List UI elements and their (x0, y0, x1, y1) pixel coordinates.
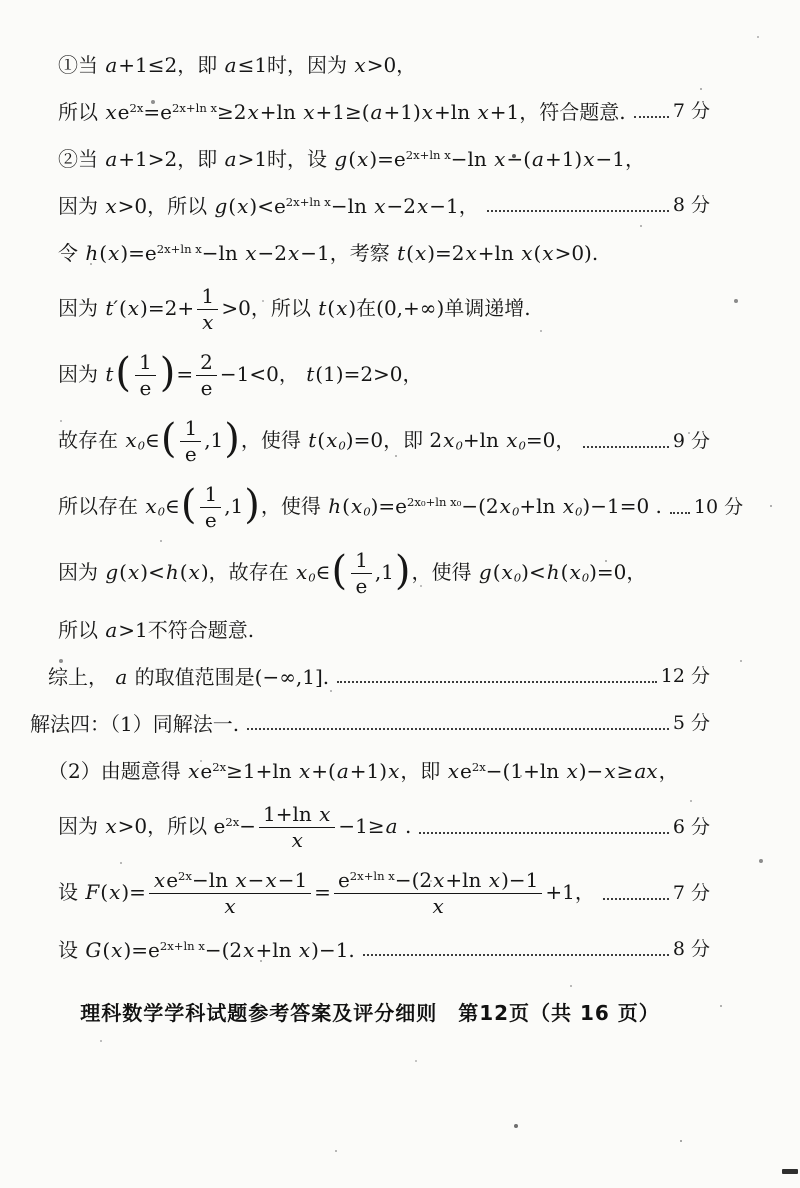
text-run: >1不符合题意. (118, 618, 254, 642)
math-variable: x (234, 868, 247, 892)
math-variable: x (335, 296, 348, 320)
math-variable: x (416, 194, 429, 218)
math-variable: x (442, 428, 455, 452)
math-variable: a (104, 618, 118, 642)
text-run: −ln (192, 868, 234, 892)
math-variable: x (127, 560, 140, 584)
dotted-leader (670, 512, 690, 514)
math-variable: x (414, 241, 427, 265)
text-run: e (200, 759, 212, 783)
text-run: e (201, 376, 213, 400)
superscript: 2x+ln x (157, 241, 202, 255)
text-run: ,1 (204, 428, 223, 452)
score-marker: 12 分 (661, 665, 710, 689)
text-run: 因为 (58, 560, 104, 584)
math-variable: x (356, 147, 369, 171)
math-variable: x (287, 241, 300, 265)
dotted-leader (583, 446, 668, 448)
math-variable: a (114, 665, 128, 689)
text-run: ，使得 (412, 560, 478, 584)
fraction: 1x (197, 285, 218, 334)
fraction-denominator: x (428, 894, 449, 918)
formula-content: 令 h(x)=e2x+ln x−ln x−2x−1，考察 t(x)=2x+ln … (58, 241, 598, 266)
score-marker: 10 分 (694, 496, 743, 520)
formula-line-define-h-t: 令 h(x)=e2x+ln x−ln x−2x−1，考察 t(x)=2x+ln … (30, 238, 710, 268)
superscript: 2x₀+ln x₀ (407, 495, 461, 509)
formula-content: 解法四：（1）同解法一. (30, 712, 239, 737)
math-variable: x (298, 759, 311, 783)
text-run: = (314, 880, 331, 904)
dotted-leader (337, 681, 657, 683)
formula-line-final-range: 综上， a 的取值范围是(−∞,1].12 分 (30, 662, 710, 692)
text-run: 综上， (48, 665, 114, 689)
math-variable: x (188, 560, 201, 584)
text-run: ( (327, 296, 335, 320)
text-run: ( (406, 241, 414, 265)
math-variable: x (603, 759, 616, 783)
text-run: )=e (371, 494, 407, 518)
text-run: −(1+ln (486, 759, 566, 783)
text-run: >0，所以 (118, 194, 214, 218)
math-variable: x (488, 868, 501, 892)
subscript: 0 (338, 439, 345, 453)
math-variable: x (565, 759, 578, 783)
text-run: ( (180, 560, 188, 584)
formula-content: ①当 a+1≤2，即 a≤1时，因为 x>0， (58, 53, 416, 78)
text-run: ≥1+ln (226, 759, 298, 783)
text-run: )=e (123, 938, 159, 962)
text-run: 解法四：（1）同解法一. (30, 712, 239, 736)
text-run: −1，考察 (300, 241, 396, 265)
text-run: 令 (58, 241, 84, 265)
math-variable: x (264, 868, 277, 892)
text-run: ≥ (617, 759, 634, 783)
text-run: +1) (383, 100, 420, 124)
text-run: )< (140, 560, 165, 584)
text-run: ( (119, 560, 127, 584)
formula-content: 因为 x>0，所以 g(x)<e2x+ln x−ln x−2x−1， (58, 194, 479, 219)
fraction-denominator: e (201, 508, 221, 532)
math-variable: x (493, 147, 506, 171)
big-paren: ) (394, 548, 412, 594)
text-run: ，即 (400, 759, 446, 783)
math-variable: x (153, 868, 166, 892)
text-run: )=2 (427, 241, 464, 265)
text-run: −1 (278, 868, 307, 892)
text-run: )= (121, 880, 146, 904)
fraction-numerator: 2 (196, 351, 217, 376)
text-run: −1， (429, 194, 478, 218)
superscript: 2x+ln x (172, 100, 217, 114)
superscript: 2x+ln x (406, 147, 451, 161)
fraction: 1+ln xx (259, 803, 335, 852)
text-run: 所以 (58, 618, 104, 642)
formula-content: 因为 g(x)<h(x)，故存在 x0∈(1e,1)，使得 g(x0)<h(x0… (58, 549, 646, 598)
text-run: ( (228, 194, 236, 218)
formula-line-exists-x0-zero: 故存在 x0∈(1e,1)，使得 t(x0)=0，即 2x0+ln x0=0，9… (30, 417, 710, 466)
dotted-leader (247, 728, 669, 730)
text-run: ( (348, 147, 356, 171)
superscript: 2x (178, 869, 192, 883)
formula-content: （2）由题意得 xe2x≥1+ln x+(a+1)x，即 xe2x−(1+ln … (48, 759, 679, 784)
formula-content: 所以 a>1不符合题意. (58, 618, 254, 643)
math-variable: x (582, 147, 595, 171)
formula-content: ②当 a+1>2，即 a>1时，设 g(x)=e2x+ln x−ln x−(a+… (58, 147, 645, 172)
text-run: ≤1时，因为 (238, 53, 354, 77)
text-run: e (356, 574, 368, 598)
math-variable: x (223, 894, 236, 918)
text-run: +1≥( (315, 100, 369, 124)
math-variable: h (327, 494, 342, 518)
formula-content: 故存在 x0∈(1e,1)，使得 t(x0)=0，即 2x0+ln x0=0， (58, 417, 575, 466)
big-paren: ) (223, 416, 241, 462)
math-variable: g (333, 147, 348, 171)
text-run: 1 (355, 548, 368, 572)
formula-line-t-endpoint-values: 因为 t(1e)=2e−1<0， t(1)=2>0， (30, 351, 710, 400)
text-run: ,1 (224, 494, 243, 518)
text-run: >0). (555, 241, 599, 265)
text-run: 1 (184, 416, 197, 440)
math-variable: x (325, 428, 338, 452)
fraction: 1e (135, 351, 156, 400)
text-run: （2）由题意得 (48, 759, 187, 783)
text-run: >0，所以 (221, 296, 317, 320)
formula-line-define-F: 设 F(x)=xe2x−ln x−x−1x=e2x+ln x−(2x+ln x)… (30, 869, 710, 918)
fraction: 2e (196, 351, 217, 400)
fraction: 1e (180, 417, 201, 466)
math-variable: x (568, 560, 581, 584)
text-run: −(2 (205, 938, 242, 962)
text-run: . (399, 814, 412, 838)
text-run: )=e (369, 147, 405, 171)
text-run: +1>2，即 (118, 147, 223, 171)
text-run: 故存在 (58, 428, 124, 452)
math-variable: x (499, 494, 512, 518)
text-run: ，使得 (261, 494, 327, 518)
score-marker: 5 分 (673, 712, 710, 736)
text-run: ( (317, 428, 325, 452)
big-paren: ( (330, 548, 348, 594)
formula-line-define-G: 设 G(x)=e2x+ln x−(2x+ln x)−1.8 分 (30, 935, 710, 965)
scanned-exam-page: ①当 a+1≤2，即 a≤1时，因为 x>0，所以 xe2x=e2x+ln x≥… (0, 0, 800, 1188)
math-variable: t (104, 362, 114, 386)
subscript: 0 (363, 505, 370, 519)
subscript: 0 (582, 571, 589, 585)
math-variable: x (373, 194, 386, 218)
fraction-denominator: x (197, 310, 218, 334)
superscript: 2x (472, 759, 486, 773)
math-variable: F (84, 880, 100, 904)
formula-line-g-less-h-zero: 因为 g(x)<h(x)，故存在 x0∈(1e,1)，使得 g(x0)<h(x0… (30, 549, 710, 598)
score-marker: 8 分 (673, 938, 710, 962)
formula-line-method4-part2-setup: （2）由题意得 xe2x≥1+ln x+(a+1)x，即 xe2x−(1+ln … (30, 756, 710, 786)
text-run: >0， (367, 53, 416, 77)
formula-line-method4-part1: 解法四：（1）同解法一.5 分 (30, 709, 710, 739)
fraction-numerator: xe2x−ln x−x−1 (149, 869, 311, 894)
scan-noise (0, 0, 2, 2)
text-run: −2 (387, 194, 416, 218)
text-run: e (118, 100, 130, 124)
text-run: >0，所以 e (118, 814, 226, 838)
text-run: ( (102, 938, 110, 962)
fraction: xe2x−ln x−x−1x (149, 869, 311, 918)
superscript: 2x+ln x (350, 869, 395, 883)
fraction-numerator: 1 (200, 483, 221, 508)
math-variable: a (336, 759, 350, 783)
formula-line-t-derivative: 因为 t′(x)=2+1x>0，所以 t(x)在(0,+∞)单调递增. (30, 285, 710, 334)
text-run: ②当 (58, 147, 104, 171)
text-run: e (139, 376, 151, 400)
fraction-denominator: x (219, 894, 240, 918)
text-run: +ln (434, 100, 476, 124)
text-run: 设 (58, 938, 84, 962)
text-run: e (166, 868, 178, 892)
formula-content: 因为 x>0，所以 e2x−1+ln xx−1≥a . (58, 803, 411, 852)
math-variable: x (187, 759, 200, 783)
text-run: +ln (478, 241, 520, 265)
dotted-leader (419, 832, 669, 834)
math-variable: x (295, 560, 308, 584)
math-variable: x (350, 494, 363, 518)
subscript: 0 (455, 439, 462, 453)
score-marker: 9 分 (673, 430, 710, 454)
math-variable: g (104, 560, 119, 584)
fraction-denominator: e (135, 376, 155, 400)
text-run: e (460, 759, 472, 783)
fraction-denominator: e (197, 376, 217, 400)
math-variable: x (302, 100, 315, 124)
text-run: ,1 (375, 560, 394, 584)
text-run: 因为 (58, 296, 104, 320)
text-run: ， (659, 759, 679, 783)
text-run: )=e (120, 241, 156, 265)
text-run: +ln (463, 428, 505, 452)
math-variable: x (124, 428, 137, 452)
text-run: +1) (545, 147, 582, 171)
dotted-leader (634, 116, 669, 118)
formula-line-case1-conclusion: 所以 xe2x=e2x+ln x≥2x+ln x+1≥(a+1)x+ln x+1… (30, 97, 710, 127)
text-run: )− (579, 759, 604, 783)
formula-line-case2-inequality: 因为 x>0，所以 g(x)<e2x+ln x−ln x−2x−1，8 分 (30, 191, 710, 221)
text-run: ，使得 (241, 428, 307, 452)
text-run: −(2 (461, 494, 498, 518)
big-paren: ( (160, 416, 178, 462)
big-paren: ) (243, 482, 261, 528)
formula-content: 所以存在 x0∈(1e,1)，使得 h(x0)=e2x₀+ln x₀−(2x0+… (58, 483, 662, 532)
math-variable: x (104, 814, 117, 838)
math-variable: x (247, 100, 260, 124)
math-lines: ①当 a+1≤2，即 a≤1时，因为 x>0，所以 xe2x=e2x+ln x≥… (30, 50, 710, 965)
text-run: ∈ (165, 494, 180, 518)
math-variable: x (318, 802, 331, 826)
text-run: −(2 (395, 868, 432, 892)
subscript: 0 (519, 439, 526, 453)
math-variable: x (520, 241, 533, 265)
text-run: )，故存在 (201, 560, 295, 584)
math-variable: x (107, 241, 120, 265)
math-variable: g (478, 560, 493, 584)
text-run: 2 (200, 350, 213, 374)
text-run: ( (100, 880, 108, 904)
text-run: 所以存在 (58, 494, 144, 518)
math-variable: a (224, 147, 238, 171)
subscript: 0 (308, 571, 315, 585)
text-run: =0， (526, 428, 575, 452)
text-run: +ln (519, 494, 561, 518)
text-run: )<e (249, 194, 285, 218)
text-run: )=2+ (140, 296, 194, 320)
text-run: 设 (58, 880, 84, 904)
big-paren: ) (159, 350, 177, 396)
text-run: )=0，即 2 (346, 428, 442, 452)
math-variable: x (465, 241, 478, 265)
big-paren: ( (114, 350, 132, 396)
text-run: )=0， (589, 560, 646, 584)
text-run: −1， (596, 147, 645, 171)
superscript: 2x (129, 100, 143, 114)
text-run: 1 (204, 482, 217, 506)
math-variable: a (104, 53, 118, 77)
text-run: ( (99, 241, 107, 265)
fraction-denominator: x (287, 828, 308, 852)
superscript: 2x (225, 815, 239, 829)
math-variable: x (144, 494, 157, 518)
math-variable: h (546, 560, 561, 584)
math-variable: x (108, 880, 121, 904)
text-run: +ln (255, 938, 297, 962)
scan-artifact (782, 1169, 798, 1174)
text-run: (1)=2>0， (315, 362, 422, 386)
fraction: 1e (351, 549, 372, 598)
text-run: −1<0， (220, 362, 305, 386)
math-variable: a (385, 814, 399, 838)
formula-line-method4-divide-x: 因为 x>0，所以 e2x−1+ln xx−1≥a .6 分 (30, 803, 710, 852)
text-run: 因为 (58, 194, 104, 218)
text-run: )−1. (311, 938, 355, 962)
subscript: 0 (158, 505, 165, 519)
dotted-leader (363, 954, 669, 956)
text-run: −2 (257, 241, 286, 265)
math-variable: x (104, 194, 117, 218)
text-run: 因为 (58, 362, 104, 386)
formula-content: 设 G(x)=e2x+ln x−(2x+ln x)−1. (58, 938, 355, 963)
math-variable: t′ (104, 296, 119, 320)
superscript: 2x+ln x (160, 938, 205, 952)
math-variable: a (531, 147, 545, 171)
text-run: ①当 (58, 53, 104, 77)
math-variable: a (370, 100, 384, 124)
fraction-numerator: 1 (197, 285, 218, 310)
math-variable: x (432, 868, 445, 892)
math-variable: x (387, 759, 400, 783)
text-run: )在(0,+∞)单调递增. (348, 296, 530, 320)
page-footer: 理科数学学科试题参考答案及评分细则 第12页（共 16 页） (30, 997, 710, 1026)
math-variable: h (165, 560, 180, 584)
fraction-numerator: 1 (135, 351, 156, 376)
fraction-numerator: 1 (351, 549, 372, 574)
text-run: −ln (331, 194, 373, 218)
text-run: >1时，设 (238, 147, 334, 171)
math-variable: a (224, 53, 238, 77)
math-variable: t (307, 428, 317, 452)
formula-content: 因为 t′(x)=2+1x>0，所以 t(x)在(0,+∞)单调递增. (58, 285, 531, 334)
math-variable: x (505, 428, 518, 452)
fraction: 1e (200, 483, 221, 532)
text-run: +1≤2，即 (118, 53, 223, 77)
fraction: e2x+ln x−(2x+ln x)−1x (334, 869, 542, 918)
math-variable: x (127, 296, 140, 320)
math-variable: x (104, 100, 117, 124)
math-variable: x (236, 194, 249, 218)
text-run: 1 (201, 284, 214, 308)
text-run: +1， (545, 880, 594, 904)
formula-content: 综上， a 的取值范围是(−∞,1]. (48, 665, 329, 690)
math-variable: g (213, 194, 228, 218)
text-run: )< (521, 560, 546, 584)
fraction-numerator: e2x+ln x−(2x+ln x)−1 (334, 869, 542, 894)
text-run: =e (143, 100, 172, 124)
text-run: ≥2 (217, 100, 246, 124)
math-variable: ax (633, 759, 658, 783)
text-run: e (205, 508, 217, 532)
math-variable: x (432, 894, 445, 918)
text-run: ∈ (145, 428, 160, 452)
text-run: +ln (445, 868, 487, 892)
formula-line-exists-x0-h-zero: 所以存在 x0∈(1e,1)，使得 h(x0)=e2x₀+ln x₀−(2x0+… (30, 483, 710, 532)
math-variable: h (84, 241, 99, 265)
math-variable: x (291, 828, 304, 852)
text-run: ( (493, 560, 501, 584)
text-run: +1，符合题意. (490, 100, 626, 124)
math-variable: a (104, 147, 118, 171)
math-variable: x (298, 938, 311, 962)
math-variable: t (396, 241, 406, 265)
fraction-numerator: 1 (180, 417, 201, 442)
text-run: +( (311, 759, 336, 783)
formula-content: 因为 t(1e)=2e−1<0， t(1)=2>0， (58, 351, 423, 400)
formula-content: 设 F(x)=xe2x−ln x−x−1x=e2x+ln x−(2x+ln x)… (58, 869, 595, 918)
math-variable: t (317, 296, 327, 320)
dotted-leader (487, 210, 669, 212)
subscript: 0 (138, 439, 145, 453)
formula-line-case2-setup: ②当 a+1>2，即 a>1时，设 g(x)=e2x+ln x−ln x−(a+… (30, 144, 710, 174)
math-variable: x (201, 310, 214, 334)
text-run: −( (506, 147, 531, 171)
math-variable: t (305, 362, 315, 386)
fraction-numerator: 1+ln x (259, 803, 335, 828)
text-run: 的取值范围是(−∞,1]. (128, 665, 329, 689)
formula-content: 所以 xe2x=e2x+ln x≥2x+ln x+1≥(a+1)x+ln x+1… (58, 100, 626, 125)
text-run: ∈ (316, 560, 331, 584)
score-marker: 8 分 (673, 194, 710, 218)
math-variable: x (421, 100, 434, 124)
math-variable: G (84, 938, 102, 962)
text-run: − (239, 814, 256, 838)
text-run: 1 (139, 350, 152, 374)
text-run: 所以 (58, 100, 104, 124)
text-run: e (338, 868, 350, 892)
text-run: −ln (451, 147, 493, 171)
math-variable: x (476, 100, 489, 124)
text-run: e (185, 442, 197, 466)
text-run: )−1=0 . (582, 494, 661, 518)
math-variable: x (541, 241, 554, 265)
formula-line-case1-condition: ①当 a+1≤2，即 a≤1时，因为 x>0， (30, 50, 710, 80)
formula-line-case2-fails: 所以 a>1不符合题意. (30, 615, 710, 645)
superscript: 2x+ln x (286, 194, 331, 208)
score-marker: 6 分 (673, 816, 710, 840)
text-run: )−1 (501, 868, 538, 892)
